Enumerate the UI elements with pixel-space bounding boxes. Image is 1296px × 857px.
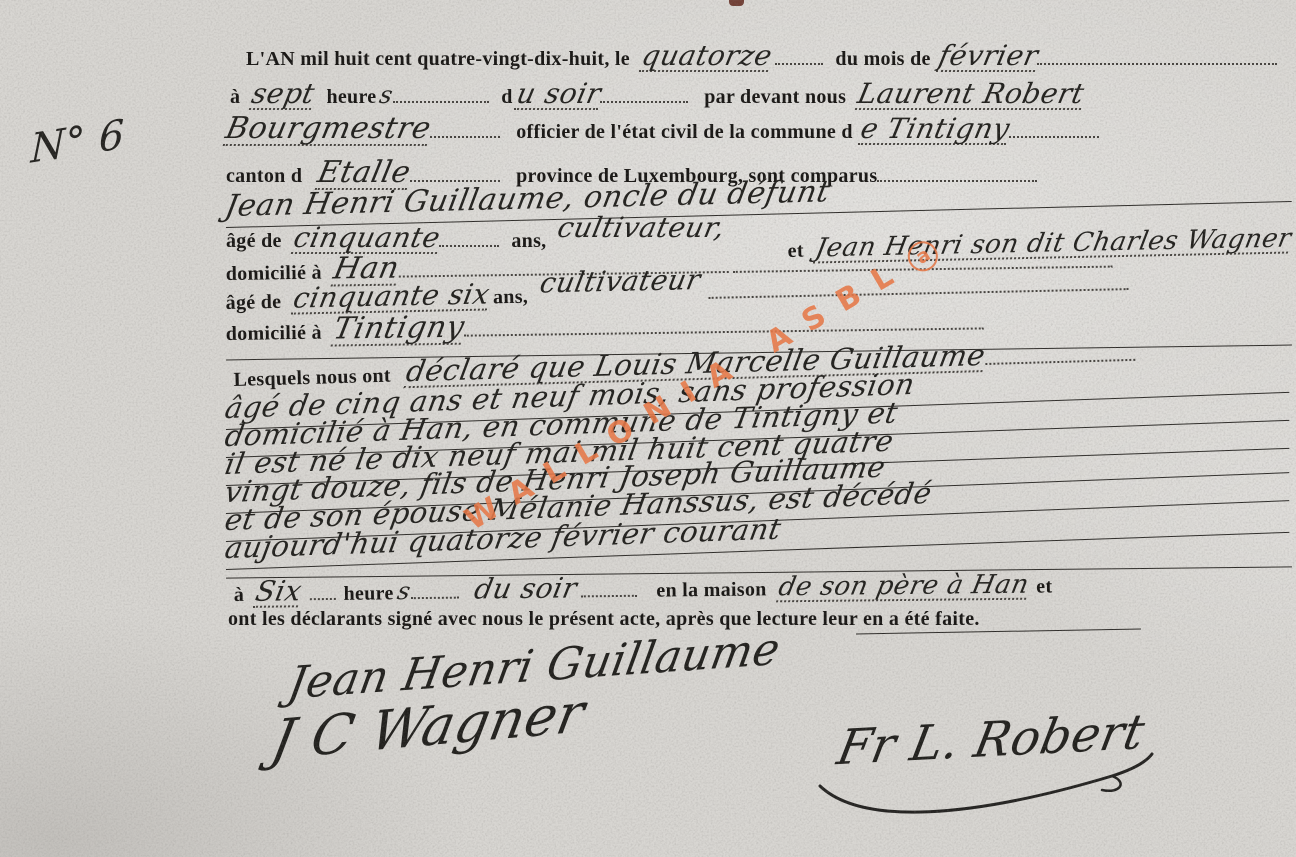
handwritten-plural-s: s (378, 83, 396, 107)
margin-act-number: N° 6 (30, 114, 125, 169)
printed-text: canton d (226, 165, 302, 187)
printed-text: âgé de (226, 230, 282, 252)
handwritten-month: février (935, 42, 1040, 72)
handwritten-title: Bourgmestre (223, 114, 434, 146)
signature-robert: Fr L. Robert (833, 708, 1148, 773)
death-record-scan: N° 6 L'AN mil huit cent quatre-vingt-dix… (0, 0, 1296, 857)
dotted-fill (310, 594, 336, 600)
printed-text: du mois de (835, 48, 930, 70)
printed-text: heure (343, 582, 393, 605)
handwritten-death-period: du soir (472, 574, 580, 603)
handwritten-officer-name: Laurent Robert (855, 80, 1087, 110)
printed-text: officier de l'état civil de la commune d (516, 121, 853, 143)
printed-text: par devant nous (704, 86, 846, 108)
dotted-fill (410, 593, 458, 600)
dotted-fill (439, 241, 499, 247)
handwritten-period: u soir (514, 80, 604, 110)
dotted-fill (600, 97, 688, 103)
printed-text: heure (326, 86, 376, 108)
printed-closing-text: ont les déclarants signé avec nous le pr… (228, 608, 980, 630)
handwritten-occupation-1: cultivateur, (556, 214, 728, 242)
handwritten-age-1: cinquante (290, 224, 442, 254)
dotted-fill (708, 284, 1128, 299)
dotted-fill (1009, 132, 1099, 138)
printed-text: L'AN mil huit cent quatre-vingt-dix-huit… (246, 48, 630, 70)
dotted-fill (410, 176, 500, 182)
form-line-1: L'AN mil huit cent quatre-vingt-dix-huit… (246, 42, 1277, 76)
dotted-fill (464, 323, 984, 336)
handwritten-hour: sept (249, 80, 318, 110)
printed-text: à (230, 86, 240, 108)
form-line-2: à sept heure s d u soir par devant nous … (230, 80, 1084, 114)
printed-text: ans, (511, 230, 546, 252)
handwritten-domicile-2: Tintigny (331, 313, 467, 347)
printed-text: et (1036, 575, 1052, 597)
dotted-fill (1037, 59, 1277, 65)
printed-text: domicilié à (226, 322, 322, 345)
form-line-3: Bourgmestre officier de l'état civil de … (226, 114, 1099, 149)
printed-text: âgé de (225, 291, 281, 314)
printed-text: en la maison (656, 578, 767, 601)
printed-text: d (501, 86, 512, 108)
form-line-18: ont les déclarants signé avec nous le pr… (228, 604, 980, 636)
handwritten-occupation-2: cultivateur (537, 266, 702, 297)
dotted-fill (775, 59, 823, 65)
handwritten-death-place: de son père à Han (776, 572, 1031, 603)
printed-text: à (234, 584, 245, 606)
dotted-fill (580, 591, 636, 598)
handwritten-plural-s: s (395, 579, 413, 603)
printed-text: ans, (493, 286, 529, 309)
ink-speck (729, 0, 744, 6)
dotted-fill (393, 97, 489, 103)
handwritten-day: quatorze (639, 42, 775, 72)
handwritten-commune: e Tintigny (858, 115, 1013, 145)
dotted-fill (430, 132, 500, 138)
